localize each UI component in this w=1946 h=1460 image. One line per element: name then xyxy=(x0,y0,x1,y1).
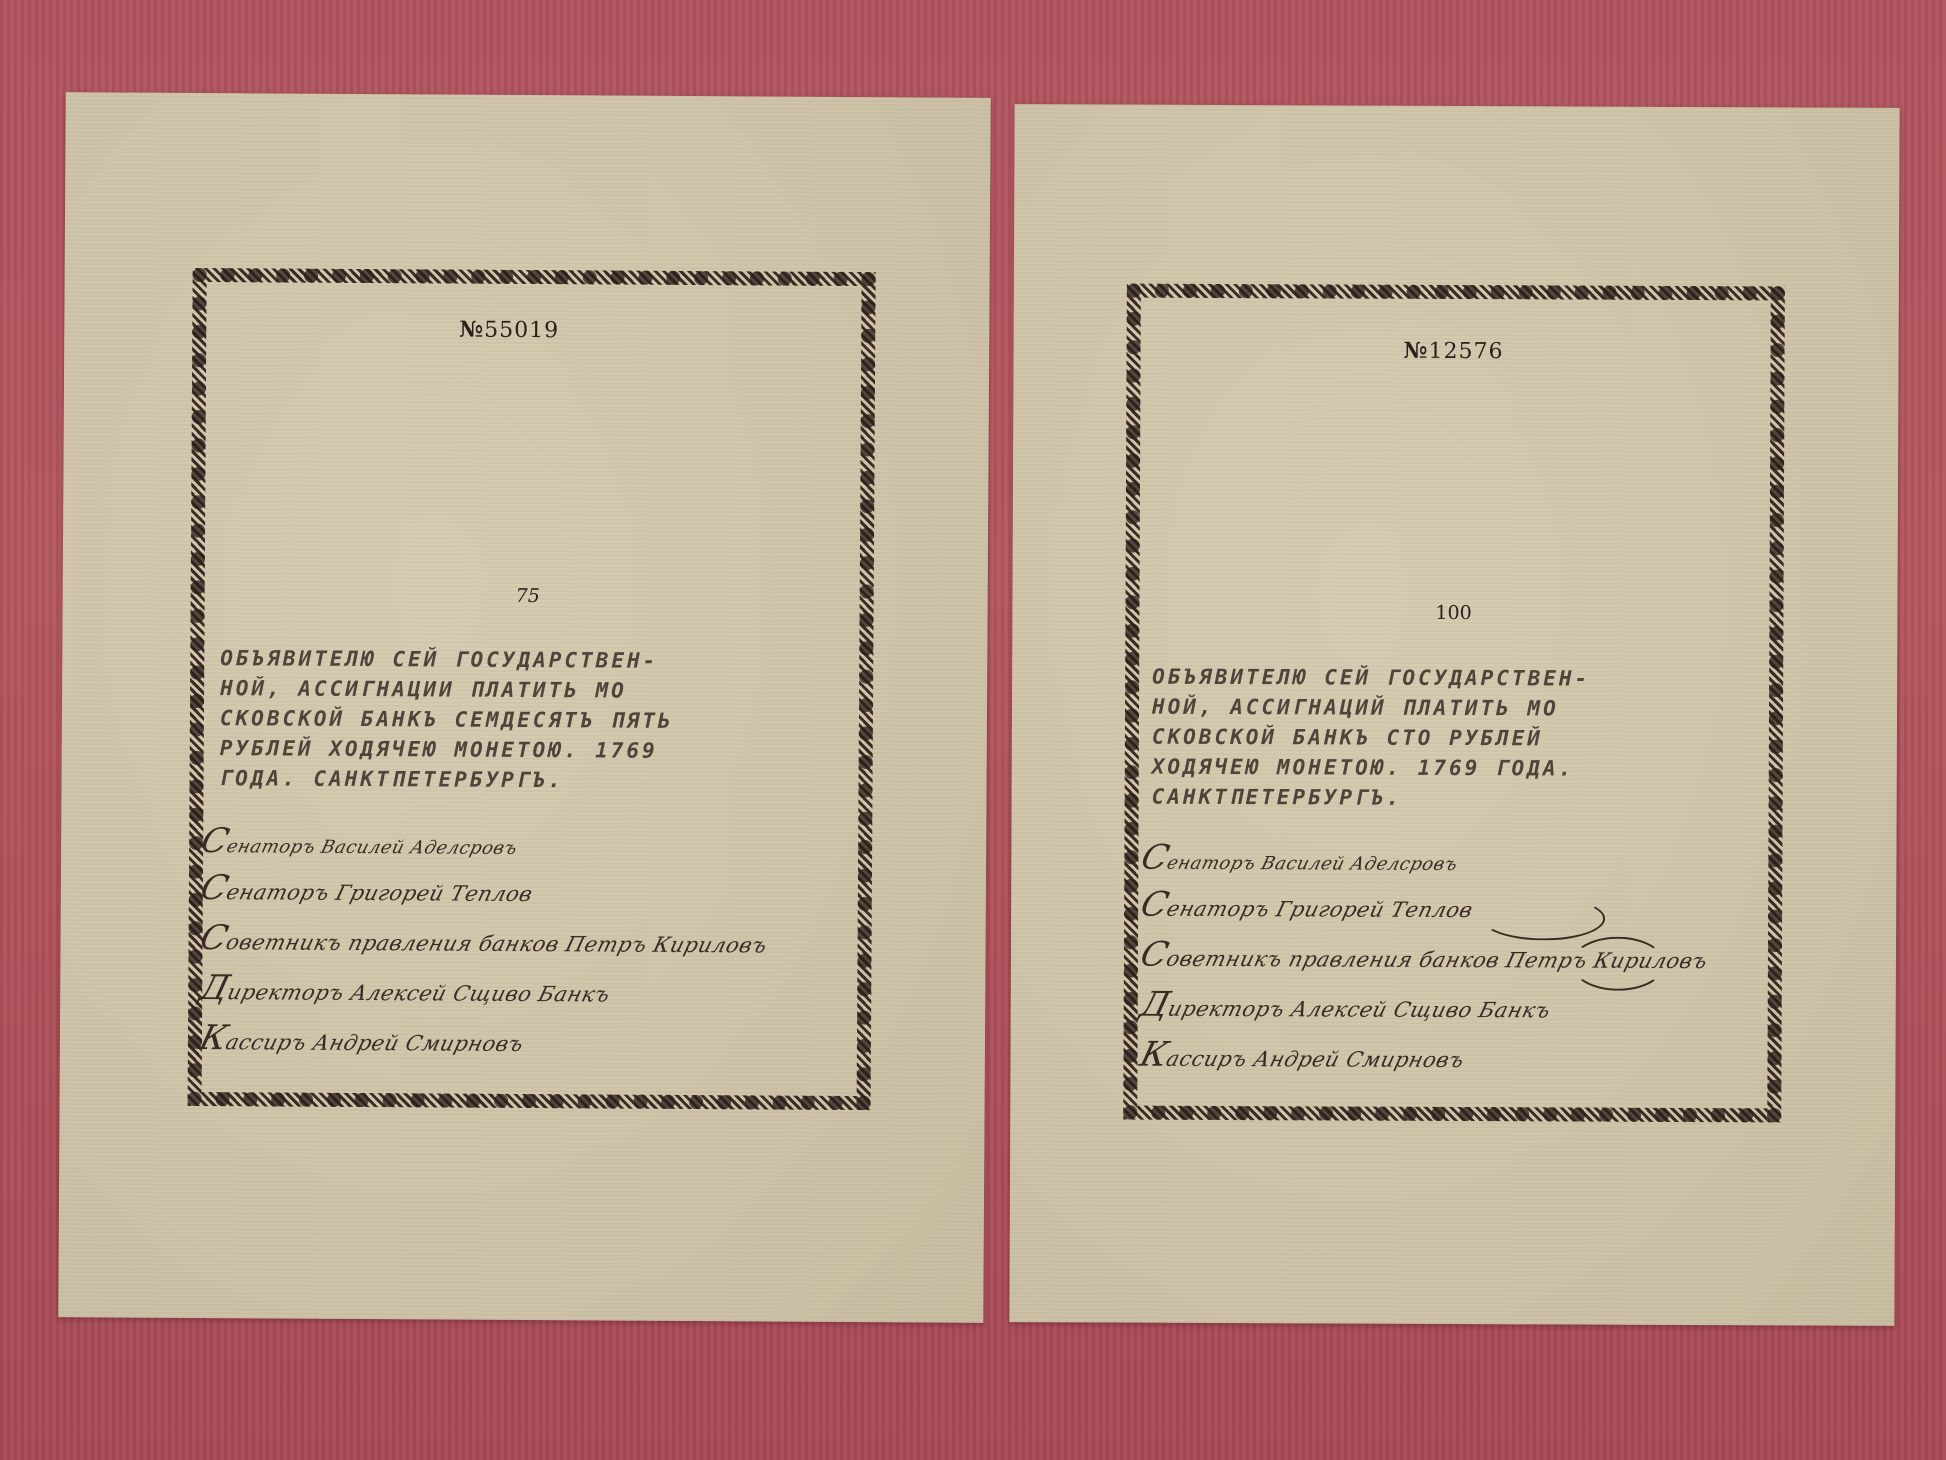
text-line: Объявителю сей государствен- xyxy=(1152,665,1590,691)
signature-senator-2: Сенаторъ Григорей Теплов xyxy=(194,865,774,918)
serial-number: №55019 xyxy=(459,317,559,344)
promissory-text: Объявителю сей государствен- ной, ассигн… xyxy=(1152,662,1591,814)
signature-senator-1: Сенаторъ Василей Аделсровъ xyxy=(1136,840,1713,884)
signature-flourish xyxy=(1481,896,1605,941)
signature-councillor: Советникъ правления банков Петръ Кирилов… xyxy=(194,915,774,968)
serial-number: №12576 xyxy=(1404,338,1504,364)
text-line: года. Санктпетербургъ. xyxy=(219,766,563,792)
signature-senator-1: Сенаторъ Василей Аделсровъ xyxy=(196,823,773,868)
text-line: Объявителю сей государствен- xyxy=(220,646,658,673)
text-line: сковской банкъ семдесятъ пять xyxy=(220,706,674,733)
text-line: ной, ассигнаций платить Мо xyxy=(1152,695,1559,721)
signature-cashier: Кассиръ Андрей Смирновъ xyxy=(1134,1032,1713,1084)
denomination: 100 xyxy=(1435,602,1471,624)
numero-sign: № xyxy=(459,317,484,343)
denomination: 75 xyxy=(516,585,540,607)
text-line: ходячею монетою. 1769 года. xyxy=(1152,755,1574,781)
banknote-75-rubles: №55019 75 Объявителю сей государствен- н… xyxy=(58,92,990,1323)
text-line: рублей ходячею монетою. 1769 xyxy=(220,736,658,763)
serial-digits: 12576 xyxy=(1428,339,1503,364)
banknote-100-rubles: №12576 100 Объявителю сей государствен- … xyxy=(1009,104,1899,1326)
signature-flourish xyxy=(1571,937,1665,991)
text-line: сковской банкъ сто рублей xyxy=(1152,725,1543,751)
signature-block: Сенаторъ Василей Аделсровъ Сенаторъ Григ… xyxy=(200,823,768,1068)
promissory-text: Объявителю сей государствен- ной, ассигн… xyxy=(219,643,674,796)
signature-director: Директоръ Алексей Сщиво Банкъ xyxy=(194,965,774,1018)
text-line: Санктпетербургъ. xyxy=(1152,785,1402,810)
text-line: ной, ассигнации платить Мо xyxy=(220,676,627,702)
serial-digits: 55019 xyxy=(484,318,559,343)
signature-senator-2: Сенаторъ Григорей Теплов xyxy=(1135,882,1714,934)
signature-cashier: Кассиръ Андрей Смирновъ xyxy=(194,1015,774,1068)
numero-sign: № xyxy=(1404,338,1429,364)
